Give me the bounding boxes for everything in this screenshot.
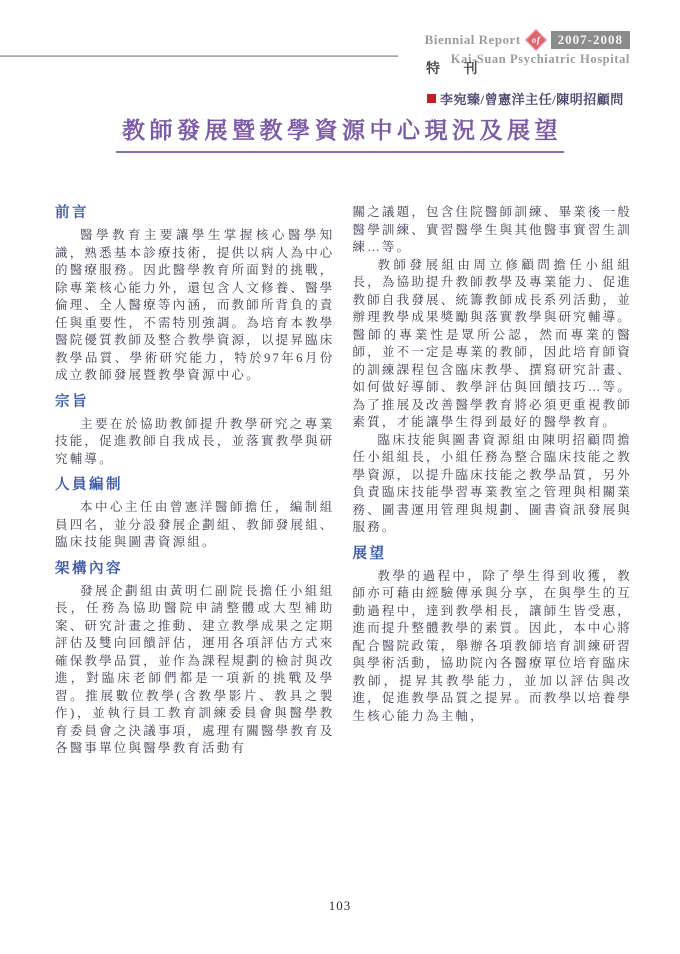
section-heading: 展望 [353,545,633,563]
report-page: Biennial Report of 2007-2008 Kai-Suan Ps… [0,0,680,954]
section-heading: 架構內容 [55,560,335,578]
page-number: 103 [0,898,680,914]
red-square-bullet-icon [427,94,436,103]
authors-text: 李宛臻/曾憲洋主任/陳明招顧問 [440,89,624,108]
paragraph: 發展企劃組由黃明仁副院長擔任小組組長，任務為協助醫院申請整體或大型補助案、研究計… [55,583,335,758]
paragraph: 臨床技能與圖書資源組由陳明招顧問擔任小組組長，小組任務為整合臨床技能之教學資源，… [353,432,633,537]
years-badge: 2007-2008 [551,31,630,49]
article-title-band: 教師發展暨教學資源中心現況及展望 [0,112,680,153]
right-column: 關之議題，包含住院醫師訓練、畢業後一般醫學訓練、實習醫學生與其他醫事實習生訓練…… [353,204,633,758]
paragraph: 本中心主任由曾憲洋醫師擔任，編制組員四名，並分設發展企劃組、教師發展組、臨床技能… [55,499,335,552]
paragraph: 教師發展組由周立修顧問擔任小組組長，為協助提升教師教學及專業能力、促進教師自我發… [353,257,633,432]
report-title-row: Biennial Report of 2007-2008 [425,31,630,49]
section-heading: 前言 [55,204,335,222]
article-title: 教師發展暨教學資源中心現況及展望 [116,112,564,153]
article-body: 前言醫學教育主要讓學生掌握核心醫學知識，熟悉基本診療技術，提供以病人為中心的醫療… [55,204,632,758]
authors-line: 李宛臻/曾憲洋主任/陳明招顧問 [427,89,624,108]
paragraph: 醫學教育主要讓學生掌握核心醫學知識，熟悉基本診療技術，提供以病人為中心的醫療服務… [55,227,335,385]
report-name: Biennial Report [425,32,521,48]
special-issue-label: 特 刊 [426,58,488,78]
section-heading: 人員編制 [55,476,335,494]
header-divider-line [0,55,398,57]
paragraph: 主要在於協助教師提升教學研究之專業技能，促進教師自我成長，並落實教學與研究輔導。 [55,416,335,469]
section-heading: 宗旨 [55,393,335,411]
paragraph: 教學的過程中，除了學生得到收獲，教師亦可藉由經驗傳承與分享，在與學生的互動過程中… [353,568,633,726]
paragraph: 關之議題，包含住院醫師訓練、畢業後一般醫學訓練、實習醫學生與其他醫事實習生訓練…… [353,204,633,257]
of-label: of [531,35,540,45]
left-column: 前言醫學教育主要讓學生掌握核心醫學知識，熟悉基本診療技術，提供以病人為中心的醫療… [55,204,335,758]
of-diamond-badge: of [524,29,547,52]
